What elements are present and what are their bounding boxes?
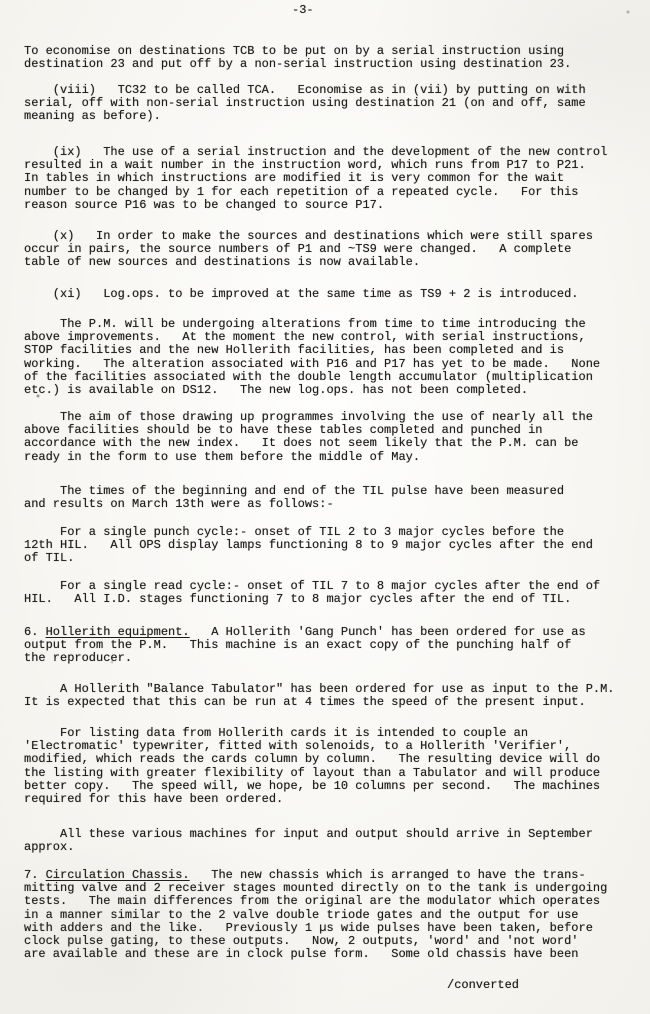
paragraph: For a single punch cycle:- onset of TIL … xyxy=(24,526,642,566)
section-hollerith-equipment: 6. Hollerith equipment. A Hollerith 'Gan… xyxy=(24,626,642,666)
list-item-x: (x) In order to make the sources and des… xyxy=(24,230,642,270)
section-title: Circulation Chassis. xyxy=(46,868,190,882)
page-number: -3- xyxy=(292,4,314,17)
paragraph: A Hollerith "Balance Tabulator" has been… xyxy=(24,683,642,709)
list-item-xi: (xi) Log.ops. to be improved at the same… xyxy=(24,288,642,301)
list-item-viii: (viii) TC32 to be called TCA. Economise … xyxy=(24,84,642,124)
footer-continuation-note: /converted xyxy=(447,979,519,992)
list-item-ix: (ix) The use of a serial instruction and… xyxy=(24,146,642,212)
paragraph: For a single read cycle:- onset of TIL 7… xyxy=(24,580,642,606)
section-circulation-chassis: 7. Circulation Chassis. The new chassis … xyxy=(24,869,642,961)
paragraph: The times of the beginning and end of th… xyxy=(24,485,642,511)
paragraph: The P.M. will be undergoing alterations … xyxy=(24,318,642,397)
section-title: Hollerith equipment. xyxy=(46,625,190,639)
paragraph: For listing data from Hollerith cards it… xyxy=(24,727,642,806)
paragraph: All these various machines for input and… xyxy=(24,828,642,854)
paragraph: The aim of those drawing up programmes i… xyxy=(24,411,642,464)
scanned-document-page: -3- To economise on destinations TCB to … xyxy=(0,0,650,1014)
paragraph: To economise on destinations TCB to be p… xyxy=(24,45,642,71)
